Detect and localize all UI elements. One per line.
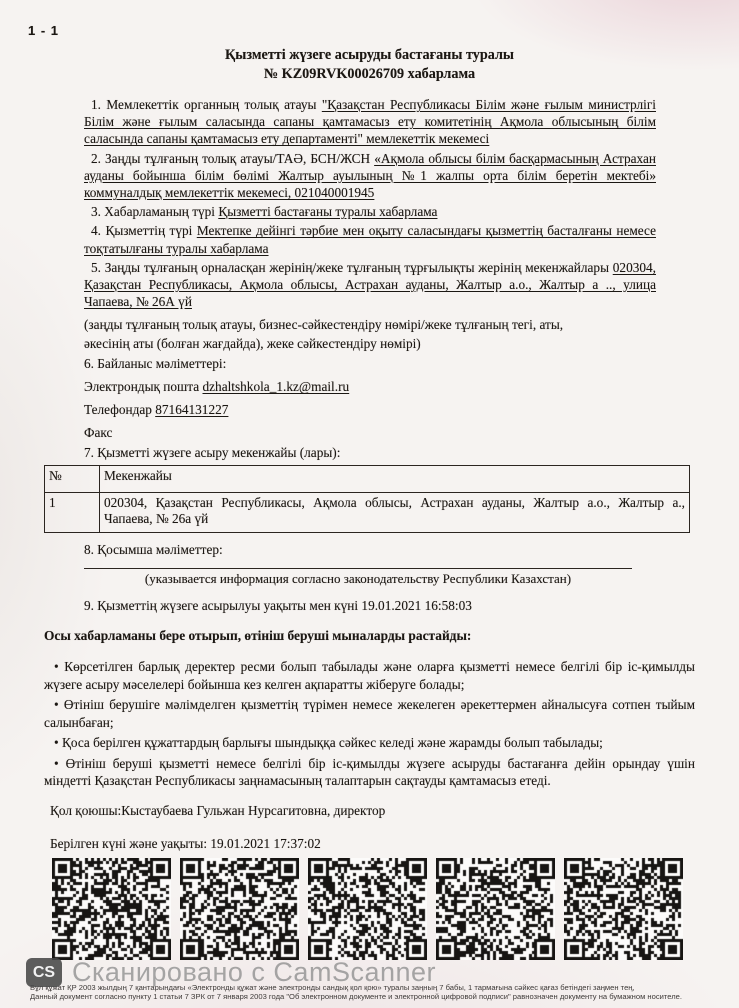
- section-4-label: 4. Қызметтің түрі: [91, 223, 197, 238]
- bullet-icon: •: [44, 735, 59, 750]
- document-content: 1 - 1 Қызметті жүзеге асыруды бастағаны …: [0, 0, 739, 960]
- confirmation-bullet-1: • Көрсетілген барлық деректер ресми болы…: [44, 658, 695, 693]
- address-table-header-row: № Мекенжайы: [45, 465, 690, 492]
- document-title: Қызметті жүзеге асыруды бастағаны туралы…: [44, 46, 695, 84]
- confirmation-bullet-2: • Өтініш берушіге мәлімделген қызметтің …: [44, 696, 695, 731]
- additional-info-note: (указывается информация согласно законод…: [84, 569, 632, 587]
- fax-line: Факс: [84, 424, 695, 442]
- phone-value: 87164131227: [155, 402, 228, 417]
- legal-footer-line-ru: Данный документ согласно пункту 1 статьи…: [30, 992, 723, 1001]
- issued-datetime-line: Берілген күні және уақыты: 19.01.2021 17…: [50, 835, 695, 852]
- section-2-legal-entity: 2. Заңды тұлғаның толық атауы/ТАӘ, БСН/Ж…: [84, 150, 656, 202]
- address-table: № Мекенжайы 1 020304, Қазақстан Республи…: [44, 465, 690, 533]
- camscanner-logo-icon: CS: [26, 958, 62, 987]
- scanned-document-page: 1 - 1 Қызметті жүзеге асыруды бастағаны …: [0, 0, 739, 1008]
- email-label: Электрондық пошта: [84, 379, 203, 394]
- address-table-header-num: №: [45, 465, 100, 492]
- qr-code-row: [52, 858, 695, 960]
- phone-line: Телефондар 87164131227: [84, 401, 695, 419]
- email-value: dzhaltshkola_1.kz@mail.ru: [203, 379, 350, 394]
- section-3-value: Қызметті бастағаны туралы хабарлама: [218, 204, 437, 219]
- section-5-location: 5. Заңды тұлғаның орналасқан жерінің/жек…: [84, 259, 656, 311]
- additional-info-blank: (указывается информация согласно законод…: [84, 568, 632, 587]
- confirmation-bullet-2-text: Өтініш берушіге мәлімделген қызметтің тү…: [44, 697, 695, 730]
- section-1-state-organ: 1. Мемлекеттік органның толық атауы "Қаз…: [84, 96, 656, 148]
- section-5-label: 5. Заңды тұлғаның орналасқан жерінің/жек…: [91, 260, 613, 275]
- bullet-icon: •: [44, 756, 59, 771]
- address-row-value: 020304, Қазақстан Республикасы, Ақмола о…: [100, 492, 690, 532]
- confirmation-bullet-4: • Өтініш беруші қызметті немесе белгілі …: [44, 755, 695, 790]
- section-1-label: 1. Мемлекеттік органның толық атауы: [91, 97, 322, 112]
- bullet-icon: •: [44, 659, 59, 674]
- address-table-header-address: Мекенжайы: [100, 465, 690, 492]
- section-8-heading: 8. Қосымша мәліметтер:: [84, 541, 695, 559]
- email-line: Электрондық пошта dzhaltshkola_1.kz@mail…: [84, 378, 695, 396]
- section-7-heading: 7. Қызметті жүзеге асыру мекенжайы (лары…: [84, 444, 695, 462]
- confirmation-bullet-3-text: Қоса берілген құжаттардың барлығы шындық…: [62, 735, 603, 750]
- table-row: 1 020304, Қазақстан Республикасы, Ақмола…: [45, 492, 690, 532]
- address-row-num: 1: [45, 492, 100, 532]
- qr-code: [436, 858, 555, 960]
- qr-code: [308, 858, 427, 960]
- bullet-icon: •: [44, 697, 59, 712]
- qr-code: [180, 858, 299, 960]
- section-9-datetime: 9. Қызметтің жүзеге асырылуы уақыты мен …: [84, 597, 695, 615]
- section-6-contacts-heading: 6. Байланыс мәліметтері:: [84, 355, 695, 373]
- section-3-label: 3. Хабарламаның түрі: [91, 204, 218, 219]
- confirmation-bullet-3: • Қоса берілген құжаттардың барлығы шынд…: [44, 734, 695, 752]
- title-line2: № KZ09RVK00026709 хабарлама: [44, 65, 695, 84]
- camscanner-watermark-text: Сканировано с CamScanner: [72, 957, 436, 988]
- signer-line: Қол қоюшы:Кыстаубаева Гульжан Нурсагитов…: [50, 802, 695, 819]
- page-marker: 1 - 1: [28, 24, 695, 38]
- camscanner-watermark: CS Сканировано с CamScanner: [26, 957, 436, 988]
- phone-label: Телефондар: [84, 402, 155, 417]
- qr-code: [52, 858, 171, 960]
- confirmation-bullet-1-text: Көрсетілген барлық деректер ресми болып …: [44, 659, 695, 692]
- section-4-service-type: 4. Қызметтің түрі Мектепке дейінгі тәрби…: [84, 222, 656, 256]
- section-3-notification-type: 3. Хабарламаның түрі Қызметті бастағаны …: [84, 203, 656, 220]
- confirmation-heading: Осы хабарламаны бере отырып, өтініш беру…: [44, 627, 695, 645]
- qr-code: [564, 858, 683, 960]
- section-2-label: 2. Заңды тұлғаның толық атауы/ТАӘ, БСН/Ж…: [91, 151, 374, 166]
- title-line1: Қызметті жүзеге асыруды бастағаны туралы: [44, 46, 695, 65]
- confirmation-bullet-4-text: Өтініш беруші қызметті немесе белгілі бі…: [44, 756, 695, 789]
- legal-note: (заңды тұлғаның толық атауы, бизнес-сәйк…: [84, 316, 598, 353]
